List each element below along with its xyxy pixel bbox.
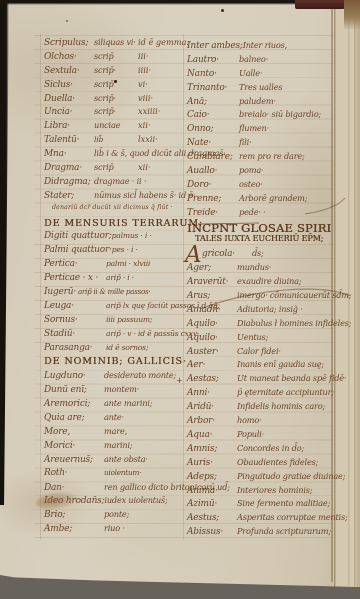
glossary-entry: Ideo hrodan̄s;iudex uiolentus̄;: [44, 495, 189, 509]
glossary-entry: Anā;paludem·: [187, 96, 337, 110]
glossary-entry: Duella·scrip̄·viii·: [44, 93, 189, 107]
entry-lemma: Duella·: [44, 94, 94, 104]
glossary-entry: Caio·breialo· siū bigardio;: [187, 109, 337, 123]
section-gallic-continued: Inter ambes;Inter riuos,Lautro·balneo·Na…: [187, 40, 337, 221]
entry-lemma: Stadiū·: [44, 329, 106, 339]
entry-lemma: Trinanto·: [187, 83, 239, 93]
ink-dot: [66, 20, 68, 22]
glossary-entry: Mna·lib̄ i & s̄, quod dicūt alii dragmas…: [44, 148, 189, 162]
entry-gloss: Obaudientes fideles;: [237, 457, 318, 467]
glossary-entry: Nanto·Ualle·: [187, 68, 337, 82]
entry-gloss: mare,: [104, 426, 127, 436]
entry-lemma: Mna·: [44, 149, 94, 159]
entry-value: lxxii·: [138, 134, 158, 144]
entry-gloss: siliquas vi·: [94, 37, 138, 47]
entry-gloss: scrip̄·: [94, 65, 138, 75]
glossary-entry: Arbor·homo·: [187, 415, 337, 429]
entry-gloss: flumen·: [239, 123, 269, 133]
entry-lemma: Arus;: [187, 291, 237, 301]
entry-lemma: Ambe;: [44, 524, 104, 534]
entry-gloss: Sine fermento malitiae;: [237, 498, 330, 508]
entry-gloss: breialo· siū bigardio;: [239, 109, 321, 119]
entry-lemma: Prenne;: [187, 194, 239, 204]
entry-lemma: Parasanga·: [44, 343, 106, 353]
ink-dot: [221, 9, 224, 12]
glossary-entry: Auallo·poma·: [187, 165, 337, 179]
entry-gloss: Populi·: [237, 429, 264, 439]
entry-gloss: Uentus;: [237, 332, 268, 342]
glossary-entry: Aridū·Infidelis hominis caro;: [187, 401, 337, 415]
entry-gloss: exaudire diuina;: [237, 276, 301, 286]
entry-lemma: Anima·: [187, 486, 237, 496]
glossary-entry: Siclus·scrip̄vi·: [44, 79, 189, 93]
entry-gloss: palmi · xlviii: [106, 259, 150, 268]
glossary-entry: Arus;imergo· cōmunicauerūt sd̄m;: [187, 290, 337, 304]
entry-lemma: Siclus·: [44, 80, 94, 90]
entry-value: id ē gemma:: [138, 37, 189, 47]
glossary-entry: Aqua·Populi·: [187, 429, 337, 443]
incipit-title-line1: INCPNT GLOSAE SPIRI: [187, 221, 337, 235]
marginal-plus-mark: +: [176, 376, 183, 385]
glossary-entry: Prenne;Arborē grandem;: [187, 193, 337, 207]
glossary-entry: Ager;mundus·: [187, 262, 337, 276]
entry-gloss: d̄s;: [252, 248, 264, 258]
entry-lemma: Caio·: [187, 110, 239, 120]
entry-lemma: Onno;: [187, 124, 239, 134]
entry-lemma: Arbor·: [187, 416, 237, 426]
glossary-entry: Anni·p̄ ęternitate accipiuntur;: [187, 387, 337, 401]
entry-gloss: arip̄ · i ·: [106, 273, 134, 282]
entry-lemma: Stater;: [44, 191, 94, 201]
entry-lemma: Amnis;: [187, 444, 237, 454]
entry-lemma: Pertica·: [44, 259, 106, 269]
entry-lemma: Abissus·: [187, 527, 237, 537]
entry-lemma: Dunū enī;: [44, 385, 104, 395]
entry-lemma: Dan·: [44, 483, 104, 493]
glossary-entry: Amnis;Concordes in d̄o;: [187, 443, 337, 457]
entry-gloss: Tres ualles: [239, 82, 282, 92]
entry-gloss: Diabulus ł homines infideles;: [237, 318, 351, 328]
glossary-entry: Libra·unciaexii·: [44, 120, 189, 134]
entry-lemma: Cambiare;: [187, 152, 239, 162]
entry-gloss: Ualle·: [239, 68, 262, 78]
glossary-entry: Anima·Interiores hominis;: [187, 485, 337, 499]
glossary-entry: Uncia·scrip̄·xxiiii·: [44, 106, 189, 120]
entry-gloss: desiderato monte;: [104, 370, 176, 380]
glossary-entry: Sextula·scrip̄·iiii·: [44, 65, 189, 79]
glossary-entry: Doro·osteo·: [187, 179, 337, 193]
glossary-entry: Perticae · x ·arip̄ · i ·: [44, 273, 189, 287]
entry-gloss: p̄ ęternitate accipiuntur;: [237, 387, 334, 397]
incipit-title-line2: TALES IUXTA EUCHERIŪ EP̄M;: [187, 234, 337, 248]
glossary-entry: Roth·uiolentum·: [44, 468, 189, 482]
entry-lemma: Aestas;: [187, 374, 237, 384]
entry-lemma: Treide·: [187, 208, 239, 218]
section-spiritual-glosses: Agricola·d̄s;Ager;mundus·Araverūt·exaudi…: [187, 248, 337, 540]
entry-value: iii·: [138, 51, 148, 61]
entry-lemma: Quia are;: [44, 413, 104, 423]
glossary-entry: Aestus;Asperitas corruptae mentis;: [187, 512, 337, 526]
glossary-entry: Sornus·iiii passuum;: [44, 315, 189, 329]
section-weights: Scripulus;siliquas vi·id ē gemma:Olchos·…: [44, 37, 189, 204]
entry-gloss: balneo·: [239, 54, 268, 64]
entry-lemma: Aer·: [187, 360, 237, 370]
glossary-entry: Ambe;riuo ·: [44, 523, 189, 537]
glossary-entry: Nate·fili·: [187, 137, 337, 151]
entry-gloss: scrip̄: [94, 79, 138, 89]
entry-gloss: paludem·: [239, 96, 276, 106]
entry-gloss: pes · i ·: [112, 245, 138, 254]
entry-lemma: Nanto·: [187, 69, 239, 79]
entry-gloss: scrip̄: [94, 51, 138, 61]
entry-gloss: dragmae · ii ·: [94, 176, 146, 186]
entry-gloss: lib̄: [94, 135, 138, 144]
glossary-entry: Aer·Inanis enī gaudia suę;: [187, 359, 337, 373]
glossary-entry: Aestas;Ut maneat beanda spē fidē·: [187, 373, 337, 387]
entry-value: viii·: [138, 93, 153, 103]
ruling-vertical-left: [40, 34, 41, 540]
entry-gloss: rem pro re dare;: [239, 151, 305, 161]
glossary-entry: Dan·ren gallico dicto britonicorū ud̄;: [44, 482, 189, 496]
glossary-entry: Cambiare;rem pro re dare;: [187, 151, 337, 165]
glossary-entry: Morici·marini;: [44, 440, 189, 454]
entry-lemma: Doro·: [187, 180, 239, 190]
glossary-entry: Inter ambes;Inter riuos,: [187, 40, 337, 54]
entry-lemma: Lautro·: [187, 55, 239, 65]
glossary-entry: More,mare,: [44, 426, 189, 440]
glossary-entry: Olchos·scrip̄iii·: [44, 51, 189, 65]
entry-lemma: Palmi quattuor·: [44, 245, 112, 255]
entry-lemma: Brio;: [44, 510, 104, 520]
entry-gloss: imergo· cōmunicauerūt sd̄m;: [237, 290, 351, 300]
entry-lemma: Auallo·: [187, 166, 239, 176]
entry-lemma: gricola·: [202, 249, 252, 259]
entry-lemma: Anni·: [187, 388, 237, 398]
entry-lemma: More,: [44, 427, 104, 437]
glossary-entry: Lugduno·desiderato monte;: [44, 370, 189, 384]
section-gallic-names: Lugduno·desiderato monte;Dunū enī;montem…: [44, 370, 189, 537]
entry-gloss: Arborē grandem;: [239, 193, 307, 203]
entry-gloss: arip̄ ii & mille passos·: [78, 287, 150, 296]
entry-gloss: osteo·: [239, 179, 263, 189]
glossary-entry: Araverūt·exaudire diuina;: [187, 276, 337, 290]
entry-lemma: Amadn̄·: [187, 305, 237, 315]
endband: [295, 0, 346, 9]
entry-lemma: Nate·: [187, 138, 239, 148]
glossary-entry: Scripulus;siliquas vi·id ē gemma:: [44, 37, 189, 51]
heading-de-mensuris: DE MENSURIS TERRARUM;: [44, 218, 189, 232]
entry-gloss: riuo ·: [104, 523, 125, 533]
entry-lemma: Aridū·: [187, 402, 237, 412]
entry-lemma: Ideo hrodan̄s;: [44, 496, 104, 506]
entry-lemma: Areuernus̄;: [44, 455, 104, 465]
entry-lemma: Ager;: [187, 263, 237, 273]
entry-value: iiii·: [138, 65, 151, 75]
entry-gloss: palmus · i ·: [112, 231, 152, 240]
entry-gloss: Infidelis hominis caro;: [237, 401, 325, 411]
section-mensuris: Digiti quattuor;palmus · i ·Palmi quattu…: [44, 231, 189, 356]
glossary-entry: Lautro·balneo·: [187, 54, 337, 68]
entry-lemma: Digiti quattuor;: [44, 231, 112, 241]
glossary-entry: Dunū enī;montem·: [44, 384, 189, 398]
spine-corner: [344, 0, 360, 30]
glossary-entry: Treide·pede· ·: [187, 207, 337, 221]
glossary-entry: Aremorici;ante marini;: [44, 398, 189, 412]
glossary-entry: Onno;flumen·: [187, 123, 337, 137]
entry-gloss: unciae: [94, 120, 138, 130]
entry-lemma: Iugerū·: [44, 287, 78, 297]
entry-gloss: homo·: [237, 415, 262, 425]
glossary-entry: Abissus·Profunda scripturarum;: [187, 526, 337, 540]
entry-lemma: Auris·: [187, 458, 237, 468]
entry-value: xii·: [138, 120, 150, 130]
entry-gloss: ante·: [104, 412, 124, 422]
heading-de-nominibus-gallicis: DE NOMINIB; GALLICIS·: [44, 356, 189, 370]
glossary-entry: Parasanga·id ē sornos;: [44, 343, 189, 357]
entry-gloss: uiolentum·: [104, 468, 141, 477]
glossary-entry: Auris·Obaudientes fideles;: [187, 457, 337, 471]
entry-lemma: Aquilo·: [187, 333, 237, 343]
entry-gloss: Adiutoria; insig̃ ·: [237, 304, 303, 314]
entry-gloss: ante marini;: [104, 398, 152, 408]
entry-lemma: Araverūt·: [187, 277, 237, 287]
left-text-column: Scripulus;siliquas vi·id ē gemma:Olchos·…: [44, 37, 189, 537]
entry-lemma: Olchos·: [44, 52, 94, 62]
entry-lemma: Azimū·: [187, 499, 237, 509]
entry-lemma: Perticae · x ·: [44, 273, 106, 283]
entry-gloss: Calor fidei·: [237, 346, 281, 356]
entry-lemma: Aquilo·: [187, 319, 237, 329]
entry-gloss: ante obsta·: [104, 454, 148, 464]
entry-gloss: iudex uiolentus̄;: [104, 495, 167, 505]
glossary-entry: Leuga·arip̄ lx quę faciūt passos ī d q̄g…: [44, 301, 189, 315]
entry-gloss: nūmus sicl̄ habens s̄· id ē·: [94, 190, 195, 200]
glossary-entry: Areuernus̄;ante obsta·: [44, 454, 189, 468]
entry-gloss: scrip̄·: [94, 93, 138, 103]
glossary-entry: Stadiū·arip̄ · v · id ē passūs cxxv·: [44, 329, 189, 343]
glossary-entry: Aquilo·Diabulus ł homines infideles;: [187, 318, 337, 332]
entry-gloss: Concordes in d̄o;: [237, 443, 304, 453]
glossary-entry: Agricola·d̄s;: [187, 248, 337, 262]
glossary-entry: Iugerū·arip̄ ii & mille passos·: [44, 287, 189, 301]
entry-gloss: scrip̄: [94, 162, 138, 172]
entry-lemma: Didragma;: [44, 177, 94, 187]
interlinear-note: denariū dcr̄ ducūt xii dicimus q̄ fiūt ·: [44, 204, 189, 218]
glossary-entry: Palmi quattuor·pes · i ·: [44, 245, 189, 259]
entry-value: vi·: [138, 79, 148, 89]
entry-lemma: Leuga·: [44, 301, 106, 311]
entry-lemma: Auster·: [187, 347, 237, 357]
entry-gloss: Asperitas corruptae mentis;: [237, 512, 348, 522]
glossary-entry: Auster·Calor fidei·: [187, 346, 337, 360]
glossary-entry: Didragma;dragmae · ii ·: [44, 176, 189, 190]
entry-lemma: Adeps;: [187, 472, 237, 482]
entry-lemma: Libra·: [44, 121, 94, 131]
manuscript-photo: λλλλλλλλλλλλλλDλlBλλCλOλλCλDλCλλ Scripul…: [0, 0, 360, 599]
entry-gloss: scrip̄·: [94, 106, 138, 116]
entry-gloss: montem·: [104, 384, 139, 394]
entry-lemma: Uncia·: [44, 107, 94, 117]
entry-lemma: Inter ambes;: [187, 41, 243, 51]
glossary-entry: Adeps;Pinguitudo gratiae diuinae;: [187, 471, 337, 485]
entry-gloss: Pinguitudo gratiae diuinae;: [237, 471, 345, 481]
entry-lemma: Sextula·: [44, 66, 94, 76]
glossary-entry: Quia are;ante·: [44, 412, 189, 426]
entry-gloss: arip̄ · v · id ē passūs cxxv·: [106, 329, 199, 338]
entry-lemma: Talentū·: [44, 135, 94, 145]
entry-lemma: Anā;: [187, 97, 239, 107]
entry-gloss: fili·: [239, 137, 252, 147]
entry-lemma: Aremorici;: [44, 399, 104, 409]
entry-lemma: Roth·: [44, 468, 104, 478]
glossary-entry: Trinanto·Tres ualles: [187, 82, 337, 96]
entry-lemma: Aqua·: [187, 430, 237, 440]
glossary-entry: Stater;nūmus sicl̄ habens s̄· id ē·: [44, 190, 189, 204]
entry-gloss: iiii passuum;: [106, 315, 152, 324]
entry-lemma: Scripulus;: [44, 38, 94, 48]
glossary-entry: Amadn̄·Adiutoria; insig̃ ·: [187, 304, 337, 318]
glossary-entry: Talentū·lib̄lxxii·: [44, 134, 189, 148]
entry-gloss: Inter riuos,: [243, 40, 287, 50]
entry-gloss: pede· ·: [239, 207, 266, 217]
entry-lemma: Sornus·: [44, 315, 106, 325]
entry-value: xii·: [138, 162, 150, 172]
entry-gloss: mundus·: [237, 262, 271, 272]
glossary-entry: Digiti quattuor;palmus · i ·: [44, 231, 189, 245]
entry-lemma: Dragma·: [44, 163, 94, 173]
glossary-entry: Aquilo·Uentus;: [187, 332, 337, 346]
parchment-page: λλλλλλλλλλλλλλDλlBλλCλOλλCλDλCλλ Scripul…: [0, 0, 360, 599]
glossary-entry: Pertica·palmi · xlviii: [44, 259, 189, 273]
entry-gloss: Ut maneat beanda spē fidē·: [237, 373, 346, 383]
glossary-entry: Brio;ponte;: [44, 509, 189, 523]
right-text-column: Inter ambes;Inter riuos,Lautro·balneo·Na…: [187, 40, 337, 540]
entry-lemma: Morici·: [44, 441, 104, 451]
entry-gloss: id ē sornos;: [106, 343, 148, 352]
entry-lemma: Lugduno·: [44, 371, 104, 381]
entry-lemma: Aestus;: [187, 513, 237, 523]
entry-value: xxiiii·: [138, 106, 160, 116]
entry-gloss: poma·: [239, 165, 263, 175]
entry-gloss: Profunda scripturarum;: [237, 526, 331, 536]
entry-gloss: ponte;: [104, 509, 129, 519]
glossary-entry: Dragma·scrip̄xii·: [44, 162, 189, 176]
entry-gloss: marini;: [104, 440, 132, 450]
glossary-entry: Azimū·Sine fermento malitiae;: [187, 498, 337, 512]
entry-gloss: Inanis enī gaudia suę;: [237, 359, 324, 369]
entry-gloss: Interiores hominis;: [237, 485, 312, 495]
